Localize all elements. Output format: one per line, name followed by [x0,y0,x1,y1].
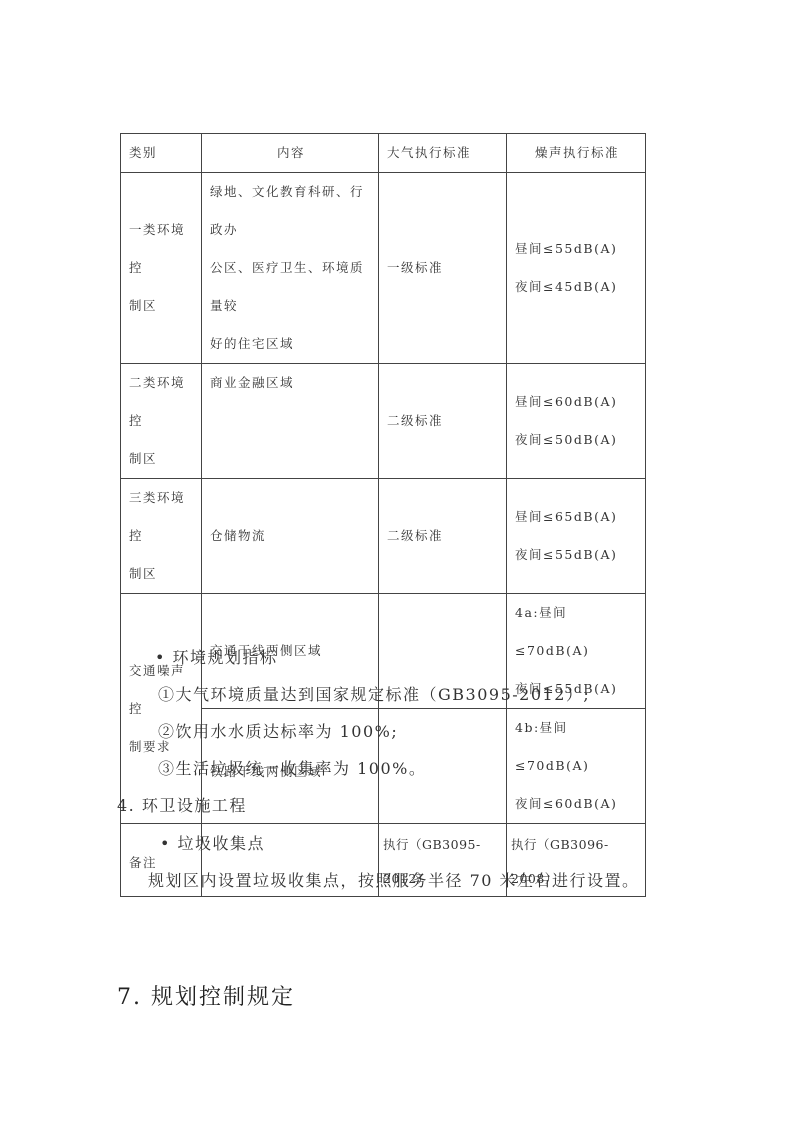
env-indicator-item: ②饮用水水质达标率为 100%; [158,719,398,742]
row-content: 绿地、文化教育科研、行政办公区、医疗卫生、环境质量较好的住宅区域 [202,173,379,364]
content-line: 绿地、文化教育科研、行政办 [210,173,372,249]
noise-line: 夜间≤50dB(A) [515,421,639,459]
env-indicator-item: ③生活垃圾统一收集率为 100%。 [158,756,426,779]
noise-line: 夜间≤45dB(A) [515,268,639,306]
header-noise-standard: 燥声执行标准 [507,134,646,173]
category-line: 制区 [129,555,195,593]
row-noise-standard: 昼间≤55dB(A)夜间≤45dB(A) [507,173,646,364]
header-category: 类别 [121,134,202,173]
content-line: 公区、医疗卫生、环境质量较 [210,249,372,325]
row-content: 商业金融区域 [202,364,379,479]
header-content: 内容 [202,134,379,173]
row-noise-standard: 4b:昼间≤70dB(A)夜间≤60dB(A) [507,709,646,824]
section-4-heading: 4. 环卫设施工程 [117,793,247,816]
row-noise-standard: 昼间≤65dB(A)夜间≤55dB(A) [507,479,646,594]
noise-line: 夜间≤55dB(A) [515,536,639,574]
category-line: 三类环境控 [129,479,195,555]
content-line: 仓储物流 [210,517,372,555]
env-indicators-title: • 环境规划指标 [155,645,278,668]
category-line: 制区 [129,287,195,325]
category-line: 一类环境控 [129,211,195,287]
row-category: 二类环境控制区 [121,364,202,479]
noise-line: 夜间≤60dB(A) [515,785,639,823]
noise-line: 昼间≤55dB(A) [515,230,639,268]
row-content: 仓储物流 [202,479,379,594]
env-indicator-item: ①大气环境质量达到国家规定标准（GB3095-2012）; [158,682,590,705]
noise-line: 4a:昼间≤70dB(A) [515,594,639,670]
table-row: 一类环境控制区 绿地、文化教育科研、行政办公区、医疗卫生、环境质量较好的住宅区域… [121,173,646,364]
category-line: 二类环境控 [129,364,195,440]
row-noise-standard: 昼间≤60dB(A)夜间≤50dB(A) [507,364,646,479]
row-air-standard: 二级标准 [379,364,507,479]
section-7-heading: 7. 规划控制规定 [117,980,295,1011]
row-air-standard: 一级标准 [379,173,507,364]
content-line: 好的住宅区域 [210,325,372,363]
table-row: 二类环境控制区 商业金融区域 二级标准 昼间≤60dB(A)夜间≤50dB(A) [121,364,646,479]
row-category: 三类环境控制区 [121,479,202,594]
noise-line: 4b:昼间≤70dB(A) [515,709,639,785]
row-category: 交通噪声控制要求 [121,594,202,824]
noise-line: 昼间≤65dB(A) [515,498,639,536]
environment-standards-table: 类别 内容 大气执行标准 燥声执行标准 一类环境控制区 绿地、文化教育科研、行政… [120,133,646,897]
table-row: 三类环境控制区 仓储物流 二级标准 昼间≤65dB(A)夜间≤55dB(A) [121,479,646,594]
noise-line: 昼间≤60dB(A) [515,383,639,421]
row-air-standard: 二级标准 [379,479,507,594]
header-air-standard: 大气执行标准 [379,134,507,173]
section-4-body: 规划区内设置垃圾收集点，按照服务半径 70 米左右进行设置。 [148,868,640,891]
row-category: 一类环境控制区 [121,173,202,364]
category-line: 制区 [129,440,195,478]
section-4-bullet: • 垃圾收集点 [160,831,265,854]
table-header-row: 类别 内容 大气执行标准 燥声执行标准 [121,134,646,173]
content-line: 商业金融区域 [210,364,372,402]
